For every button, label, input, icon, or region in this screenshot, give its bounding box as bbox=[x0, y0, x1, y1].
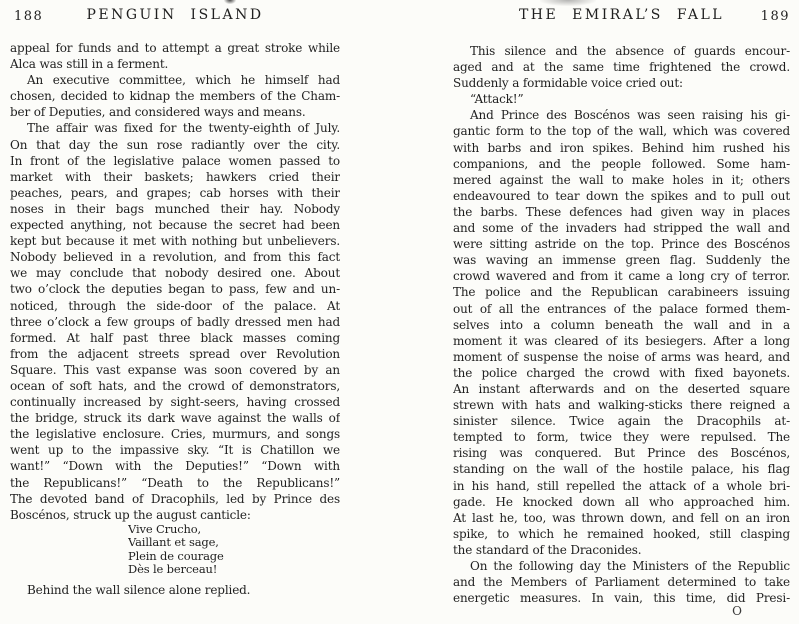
text-line: the bridge, struck its dark wave against… bbox=[10, 410, 340, 426]
text-line: sinister silence. Twice again the Dracop… bbox=[453, 413, 790, 429]
verse-line: Plein de courage bbox=[128, 550, 340, 563]
text-line: kept but because it met with nothing but… bbox=[10, 233, 340, 249]
verse-line: Vaillant et sage, bbox=[128, 536, 340, 549]
text-line: three o’clock a few groups of badly dres… bbox=[10, 314, 340, 330]
text-line: we may conclude that nobody desired one.… bbox=[10, 265, 340, 281]
text-line: Boscénos, struck up the august canticle: bbox=[10, 507, 340, 523]
text-line: endeavoured to tear down the spikes and … bbox=[453, 188, 790, 204]
text-line: The affair was fixed for the twenty-eigh… bbox=[10, 120, 340, 136]
text-line: the Republicans!” “Death to the Republic… bbox=[10, 475, 340, 491]
right-page-text: This silence and the absence of guards e… bbox=[453, 43, 790, 606]
text-line: and the Members of Parliament determined… bbox=[453, 574, 790, 590]
text-line: market with their baskets; hawkers cried… bbox=[10, 169, 340, 185]
text-line: Nobody believed in a revolution, and fro… bbox=[10, 249, 340, 265]
text-line: The devoted band of Dracophils, led by P… bbox=[10, 491, 340, 507]
text-line: moment it was cleared of its besiegers. … bbox=[453, 333, 790, 349]
text-line: continually increased by sight-seers, ha… bbox=[10, 394, 340, 410]
text-line: tempted to form, twice they were repulse… bbox=[453, 429, 790, 445]
text-line: want!” “Down with the Deputies!” “Down w… bbox=[10, 458, 340, 474]
text-line: ber of Deputies, and considered ways and… bbox=[10, 104, 340, 120]
text-line: the barbs. These defences had given way … bbox=[453, 204, 790, 220]
right-page-number: 189 bbox=[453, 9, 790, 24]
text-line: noses in their bags munched their hay. N… bbox=[10, 201, 340, 217]
text-line: “Attack!” bbox=[453, 91, 790, 107]
text-line: The police and the Republican carabineer… bbox=[453, 284, 790, 300]
text-line: And Prince des Boscénos was seen raising… bbox=[453, 107, 790, 123]
text-line: standing on the wall of the hostile pala… bbox=[453, 461, 790, 477]
text-line: gade. He knocked down all who approached… bbox=[453, 494, 790, 510]
text-line: noticed, through the side-door of the pa… bbox=[10, 298, 340, 314]
text-line: An instant afterwards and on the deserte… bbox=[453, 381, 790, 397]
text-line: At last he, too, was thrown down, and fe… bbox=[453, 510, 790, 526]
text-line: gantic form to the top of the wall, whic… bbox=[453, 123, 790, 139]
text-line: An executive committee, which he himself… bbox=[10, 72, 340, 88]
text-line: selves into a column beneath the wall an… bbox=[453, 317, 790, 333]
text-line: This silence and the absence of guards e… bbox=[453, 43, 790, 59]
text-line: two o’clock the deputies began to pass, … bbox=[10, 281, 340, 297]
text-line: and some of the invaders had stripped th… bbox=[453, 220, 790, 236]
text-line: with barbs and iron spikes. Behind him r… bbox=[453, 140, 790, 156]
text-line: On that day the sun rose radiantly over … bbox=[10, 137, 340, 153]
left-running-title: PENGUIN ISLAND bbox=[10, 7, 340, 23]
text-line: moment of suspense the noise of arms was… bbox=[453, 349, 790, 365]
text-line: peaches, pears, and grapes; cab horses w… bbox=[10, 185, 340, 201]
scan-smudge bbox=[540, 0, 596, 6]
text-line: from the adjacent streets spread over Re… bbox=[10, 346, 340, 362]
text-line: crowd wavered and from it came a long cr… bbox=[453, 268, 790, 284]
text-line: in his hand, still repelled the attack o… bbox=[453, 478, 790, 494]
text-line: formed. At half past three black masses … bbox=[10, 330, 340, 346]
text-line: appeal for funds and to attempt a great … bbox=[10, 40, 340, 56]
text-line: ocean of soft hats, and the crowd of dem… bbox=[10, 378, 340, 394]
text-line: were sitting astride on the top. Prince … bbox=[453, 236, 790, 252]
text-line: the standard of the Draconides. bbox=[453, 542, 790, 558]
printer-signature-mark: O bbox=[727, 604, 747, 618]
text-line: mered against the wall to make holes in … bbox=[453, 172, 790, 188]
text-line: spike, to which he remained hooked, stil… bbox=[453, 526, 790, 542]
text-line: strewn with hats and walking-sticks ther… bbox=[453, 397, 790, 413]
text-line: out of all the entrances of the palace f… bbox=[453, 301, 790, 317]
text-line: Suddenly a formidable voice cried out: bbox=[453, 75, 790, 91]
text-line: On the following day the Ministers of th… bbox=[453, 558, 790, 574]
text-line: Behind the wall silence alone replied. bbox=[10, 582, 340, 598]
verse-line: Dès le berceau! bbox=[128, 563, 340, 576]
verse-line: Vive Crucho, bbox=[128, 523, 340, 536]
text-line: was waving an immense green flag. Sudden… bbox=[453, 252, 790, 268]
left-page-text: appeal for funds and to attempt a great … bbox=[10, 40, 340, 598]
text-line: rising was conquered. But Prince des Bos… bbox=[453, 445, 790, 461]
scan-smudge bbox=[224, 0, 236, 4]
text-line: expected anything, not because the secre… bbox=[10, 217, 340, 233]
text-line: chosen, decided to kidnap the members of… bbox=[10, 88, 340, 104]
text-line: the police charged the crowd with fixed … bbox=[453, 365, 790, 381]
text-line: In front of the legislative palace women… bbox=[10, 153, 340, 169]
text-line: companions, and the people followed. Som… bbox=[453, 156, 790, 172]
text-line: the legislative enclosure. Cries, murmur… bbox=[10, 426, 340, 442]
text-line: Square. This vast expanse was soon cover… bbox=[10, 362, 340, 378]
text-line: aged and at the same time frightened the… bbox=[453, 59, 790, 75]
text-line: went up to the impassive sky. “It is Cha… bbox=[10, 442, 340, 458]
text-line: Alca was still in a ferment. bbox=[10, 56, 340, 72]
